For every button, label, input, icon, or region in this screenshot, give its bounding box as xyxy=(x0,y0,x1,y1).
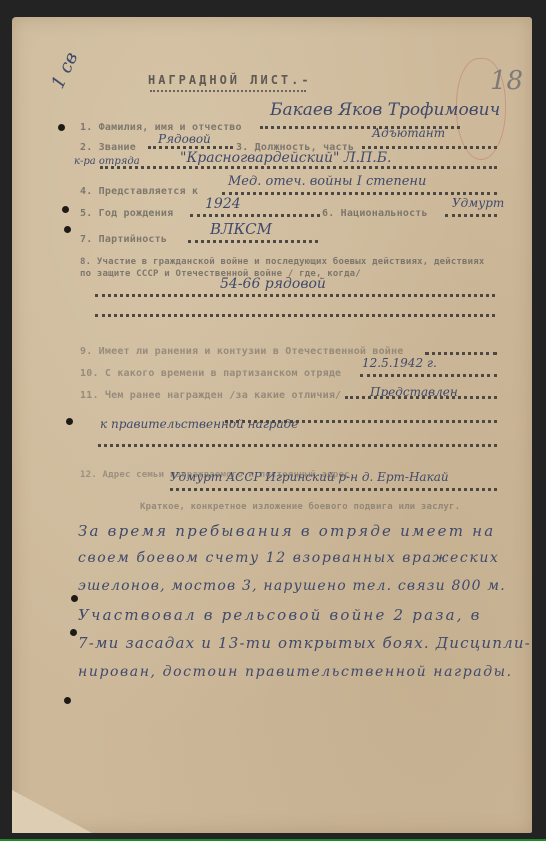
punch-hole xyxy=(64,226,71,233)
dotted-line xyxy=(188,238,318,243)
dotted-line xyxy=(98,442,497,447)
dotted-line xyxy=(225,418,497,423)
dotted-line xyxy=(425,350,497,355)
dotted-line xyxy=(222,190,497,195)
field-label-nationality: 6. Национальность xyxy=(322,208,428,219)
dotted-line xyxy=(445,212,497,217)
punch-hole xyxy=(64,697,71,704)
punch-hole xyxy=(66,418,73,425)
field-value-nationality: Удмурт xyxy=(452,196,504,210)
field-value-party: ВЛКСМ xyxy=(210,220,272,238)
narrative-line: эшелонов, мостов 3, нарушено тел. связи … xyxy=(78,578,506,594)
field-value-position: Адъютант xyxy=(372,126,445,140)
punch-hole xyxy=(71,595,78,602)
field-value-name: Бакаев Яков Трофимович xyxy=(270,100,500,120)
narrative-line: 7-ми засадах и 13-ти открытых боях. Дисц… xyxy=(78,634,531,652)
dotted-line xyxy=(95,312,495,317)
dotted-line xyxy=(362,144,497,149)
punch-hole xyxy=(58,124,65,131)
dotted-line xyxy=(95,292,495,297)
narrative-line: нирован, достоин правительственной награ… xyxy=(78,664,513,680)
page-title: НАГРАДНОЙ ЛИСТ.- xyxy=(148,73,312,87)
punch-hole xyxy=(70,629,77,636)
field-label-wounds: 9. Имеет ли ранения и контузии в Отечест… xyxy=(80,346,403,357)
field-value-partisan-since: 12.5.1942 г. xyxy=(362,356,437,370)
field-value-war-participation: 54-66 рядовой xyxy=(220,276,326,292)
section-heading: Краткое, конкретное изложение боевого по… xyxy=(140,502,460,512)
field-label-nominated: 4. Представляется к xyxy=(80,186,198,197)
field-value-previous-awards: Представлен к правительственной награде xyxy=(100,376,400,440)
field-value-birth-year: 1924 xyxy=(205,196,241,212)
field-value-rank: Рядовой xyxy=(158,132,211,146)
dotted-line xyxy=(190,212,320,217)
field-value-address: Удмурт АССР Игринский р-н д. Ерт-Накай xyxy=(170,470,449,484)
field-label-birth-year: 5. Год рождения xyxy=(80,208,173,219)
field-value-unit: "Красногвардейский" Л.П.Б. xyxy=(180,150,391,166)
narrative-line: За время пребывания в отряде имеет на xyxy=(78,522,495,540)
punch-hole xyxy=(62,206,69,213)
field-value-award: Мед. отеч. войны I степени xyxy=(228,174,426,189)
field-label-rank: 2. Звание xyxy=(80,142,136,153)
field-label-party: 7. Партийность xyxy=(80,234,167,245)
narrative-line: своем боевом счету 12 взорванных вражеск… xyxy=(78,550,499,566)
title-underline xyxy=(150,90,306,92)
narrative-line: Участвовал в рельсовой войне 2 раза, в xyxy=(78,606,482,624)
pencil-archive-mark: 18 xyxy=(490,66,523,96)
dotted-line xyxy=(170,486,497,491)
